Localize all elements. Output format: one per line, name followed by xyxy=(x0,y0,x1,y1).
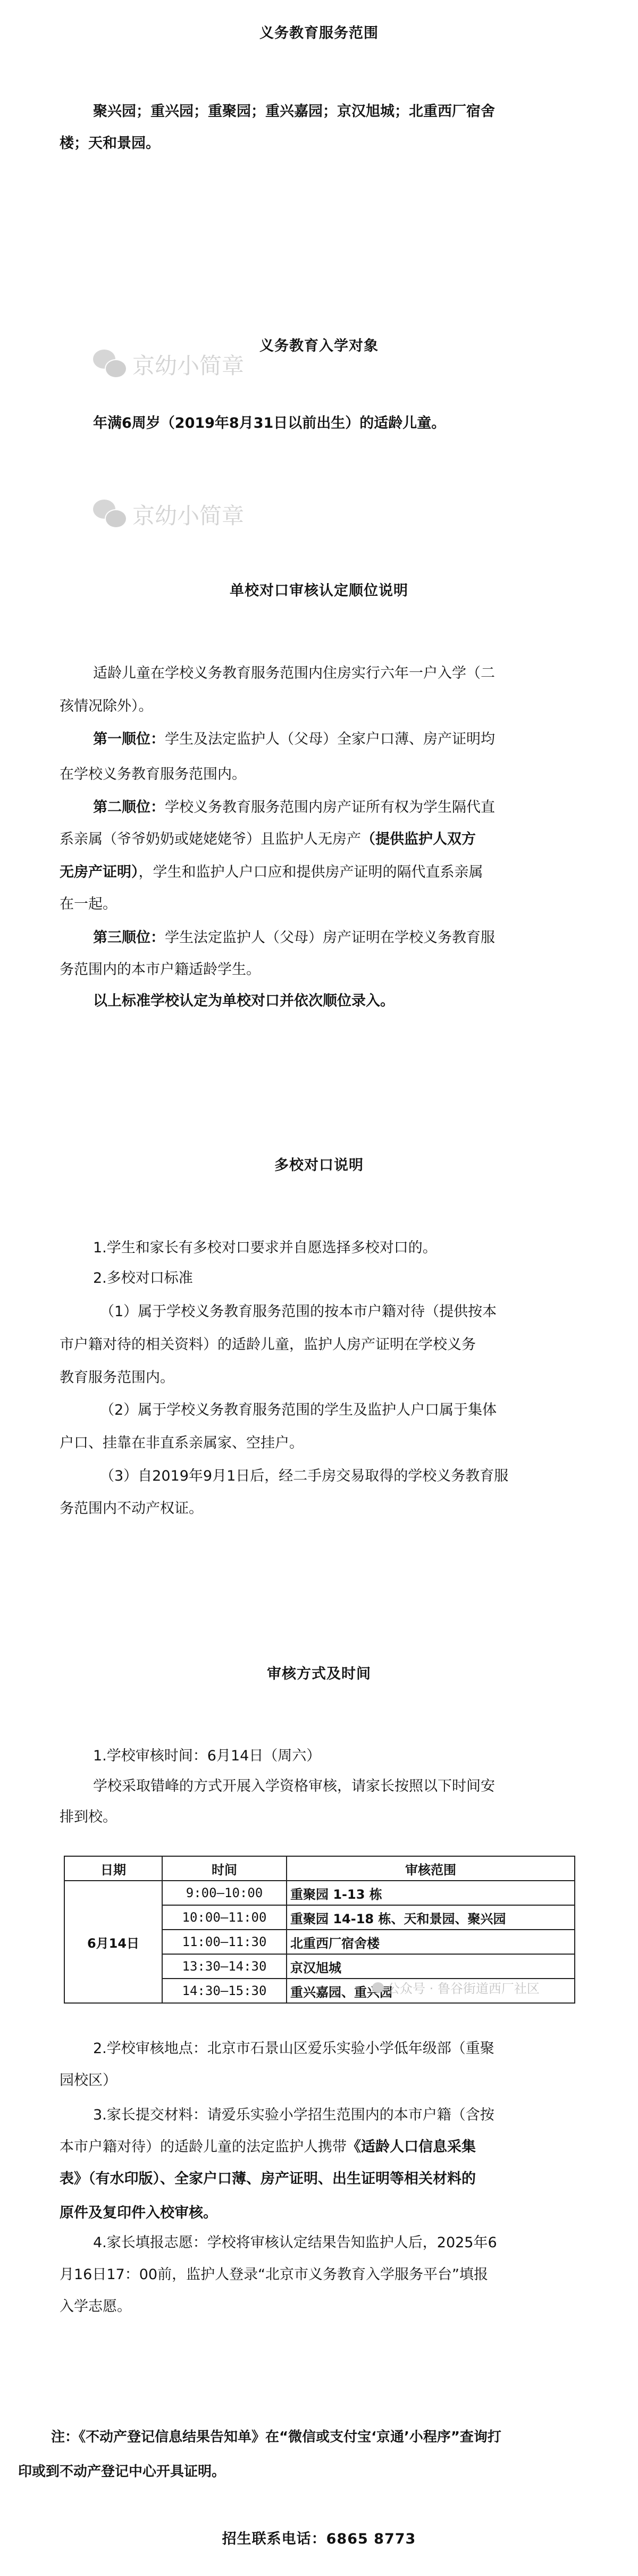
multi-sub1-line-3: 教育服务范围内。 xyxy=(60,1368,174,1387)
review-materials-line-3: 表》（有水印版）、全家户口薄、房产证明、出生证明等相关材料的 xyxy=(60,2170,476,2189)
multi-sub2-line-1: （2）属于学校义务教育服务范围的学生及监护人户口属于集体 xyxy=(100,1401,497,1420)
first-priority-line-2: 在学校义务教育服务范围内。 xyxy=(60,765,246,784)
single-intro-line-2: 孩情况除外）。 xyxy=(60,697,153,716)
third-priority-line-1: 第三顺位：学生法定监护人（父母）房产证明在学校义务教育服 xyxy=(93,928,495,948)
service-area-line-2: 楼；天和景园。 xyxy=(60,134,160,153)
multi-sub3-line-1: （3）自2019年9月1日后，经二手房交易取得的学校义务教育服 xyxy=(100,1467,508,1486)
review-materials-line-2: 本市户籍对待）的适龄儿童的法定监护人携带《适龄人口信息采集 xyxy=(60,2138,476,2157)
third-priority-line-2: 务范围内的本市户籍适龄学生。 xyxy=(60,960,261,979)
multi-sub1-line-1: （1）属于学校义务教育服务范围的按本市户籍对待（提供按本 xyxy=(100,1302,497,1322)
section-title-multi-school: 多校对口说明 xyxy=(0,1153,638,1174)
single-summary: 以上标准学校认定为单校对口并依次顺位录入。 xyxy=(93,992,394,1011)
review-materials-line-1: 3.家长提交材料：请爱乐实验小学招生范围内的本市户籍（含按 xyxy=(93,2106,494,2125)
table-time-cell: 11:00—11:30 xyxy=(162,1930,287,1954)
table-range-cell: 重聚园 1-13 栋 xyxy=(287,1881,575,1905)
service-area-line-1: 聚兴园；重兴园；重聚园；重兴嘉园；京汉旭城；北重西厂宿舍 xyxy=(93,102,495,121)
watermark-table: 公众号 · 鲁谷街道西厂社区 xyxy=(372,1978,540,1997)
multi-sub3-line-2: 务范围内不动产权证。 xyxy=(60,1499,203,1518)
single-intro-line-1: 适龄儿童在学校义务教育服务范围内住房实行六年一户入学（二 xyxy=(93,664,495,683)
review-wishes-line-2: 月16日17：00前，监护人登录“北京市义务教育入学服务平台”填报 xyxy=(60,2265,488,2284)
watermark-2: 京幼小简章 xyxy=(93,498,244,530)
second-priority-label: 第二顺位： xyxy=(93,799,165,816)
review-location-line-2: 园校区） xyxy=(60,2071,117,2090)
wechat-icon xyxy=(372,1982,384,1993)
review-stagger-line-2: 排到校。 xyxy=(60,1808,117,1827)
third-priority-label: 第三顺位： xyxy=(93,929,165,946)
header-time: 时间 xyxy=(162,1856,287,1881)
second-priority-line-4: 在一起。 xyxy=(60,895,117,914)
table-time-cell: 14:30—15:30 xyxy=(162,1979,287,2003)
table-date-cell: 6月14日 xyxy=(64,1881,162,2003)
review-time-line: 1.学校审核时间：6月14日（周六） xyxy=(93,1747,321,1766)
note-line-2: 印或到不动产登记中心开具证明。 xyxy=(18,2462,225,2481)
multi-sub2-line-2: 户口、挂靠在非直系亲属家、空挂户。 xyxy=(60,1434,304,1453)
header-date: 日期 xyxy=(64,1856,162,1881)
enroll-target-text: 年满6周岁（2019年8月31日以前出生）的适龄儿童。 xyxy=(93,414,446,433)
second-priority-line-1: 第二顺位：学校义务教育服务范围内房产证所有权为学生隔代直 xyxy=(93,798,495,817)
table-row: 6月14日 9:00—10:00 重聚园 1-13 栋 xyxy=(64,1881,575,1905)
table-time-cell: 10:00—11:00 xyxy=(162,1905,287,1930)
table-header-row: 日期 时间 审核范围 xyxy=(64,1856,575,1881)
review-wishes-line-3: 入学志愿。 xyxy=(60,2297,131,2316)
first-priority-line-1: 第一顺位：学生及法定监护人（父母）全家户口薄、房产证明均 xyxy=(93,730,495,749)
review-wishes-line-1: 4.家长填报志愿：学校将审核认定结果告知监护人后，2025年6 xyxy=(93,2233,497,2253)
section-title-service-area: 义务教育服务范围 xyxy=(0,21,638,42)
table-time-cell: 9:00—10:00 xyxy=(162,1881,287,1905)
wechat-icon xyxy=(93,350,125,379)
table-range-cell: 京汉旭城 xyxy=(287,1954,575,1979)
multi-item-1: 1.学生和家长有多校对口要求并自愿选择多校对口的。 xyxy=(93,1239,437,1258)
watermark-1: 京幼小简章 xyxy=(93,348,244,380)
multi-item-2: 2.多校对口标准 xyxy=(93,1269,193,1288)
section-title-single-school: 单校对口审核认定顺位说明 xyxy=(0,579,638,600)
table-range-cell: 重聚园 14-18 栋、天和景园、聚兴园 xyxy=(287,1905,575,1930)
review-stagger-line-1: 学校采取错峰的方式开展入学资格审核，请家长按照以下时间安 xyxy=(93,1777,495,1796)
review-location-line-1: 2.学校审核地点：北京市石景山区爱乐实验小学低年级部（重聚 xyxy=(93,2039,494,2058)
contact-phone: 招生联系电话：6865 8773 xyxy=(0,2527,638,2548)
table-range-cell: 北重西厂宿舍楼 xyxy=(287,1930,575,1954)
second-priority-line-2: 系亲属（爷爷奶奶或姥姥姥爷）且监护人无房产（提供监护人双方 xyxy=(60,830,476,849)
note-line-1: 注：《不动产登记信息结果告知单》在“微信或支付宝‘京通’小程序”查询打 xyxy=(51,2428,501,2447)
multi-sub1-line-2: 市户籍对待的相关资料）的适龄儿童，监护人房产证明在学校义务 xyxy=(60,1335,476,1355)
header-range: 审核范围 xyxy=(287,1856,575,1881)
section-title-review: 审核方式及时间 xyxy=(0,1662,638,1683)
table-time-cell: 13:30—14:30 xyxy=(162,1954,287,1979)
first-priority-label: 第一顺位： xyxy=(93,731,165,747)
second-priority-line-3: 无房产证明），学生和监护人户口应和提供房产证明的隔代直系亲属 xyxy=(60,863,483,882)
wechat-icon xyxy=(93,500,125,529)
review-materials-line-4: 原件及复印件入校审核。 xyxy=(60,2204,217,2223)
